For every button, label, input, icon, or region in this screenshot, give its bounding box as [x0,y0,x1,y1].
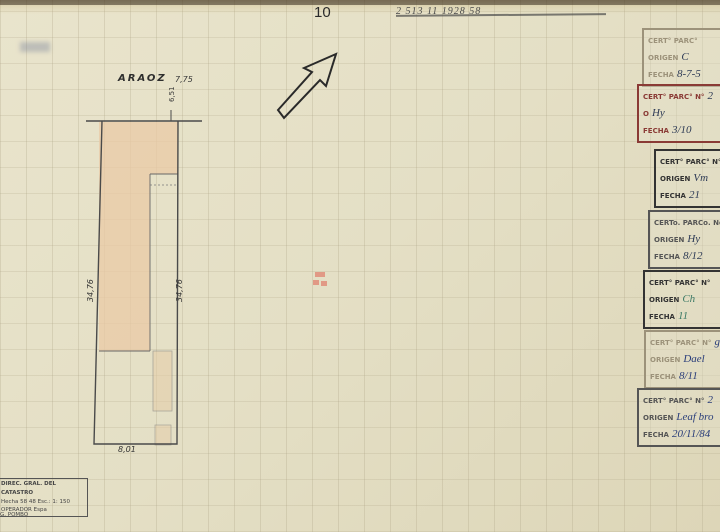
plot-drawing [80,110,210,460]
street-name: ARAOZ [118,73,167,84]
cert-stamp-5: CERT° PARC° N° ORIGENCh FECHA11 [643,270,720,329]
cert-stamp-4: CERTo. PARCo. No.2 ORIGENHy FECHA8/12 [648,210,720,269]
right-side-dimension: 34,76 [175,279,184,302]
left-side-dimension: 34,76 [86,279,95,302]
scan-edge [0,0,720,5]
cert-stamp-6: CERT° PARC° N°g ORIGENDael FECHA8/11 [644,330,720,389]
red-ink-mark [313,268,329,290]
sheet-number: 10 [314,4,331,21]
cert-stamp-2: CERT° PARC° N°2 OHy FECHA3/10 [637,84,720,143]
back-width-dimension: 8,01 [118,445,136,454]
north-arrow-icon [274,50,340,122]
cert-stamp-7: CERT° PARC° N°2 ORIGENLeaf bro FECHA20/1… [637,388,720,447]
cert-stamp-1: CERT° PARC° ORIGENC FECHA8-7-5 [642,28,720,87]
cert-stamp-3: CERT° PARC° N° ORIGENVm FECHA21 [654,149,720,208]
catastro-footer: G. POMBO [0,512,28,518]
ink-smudge [20,42,50,52]
frontage-total: 7,75 [175,75,193,84]
frontage-segment: 6,51 [168,86,176,102]
